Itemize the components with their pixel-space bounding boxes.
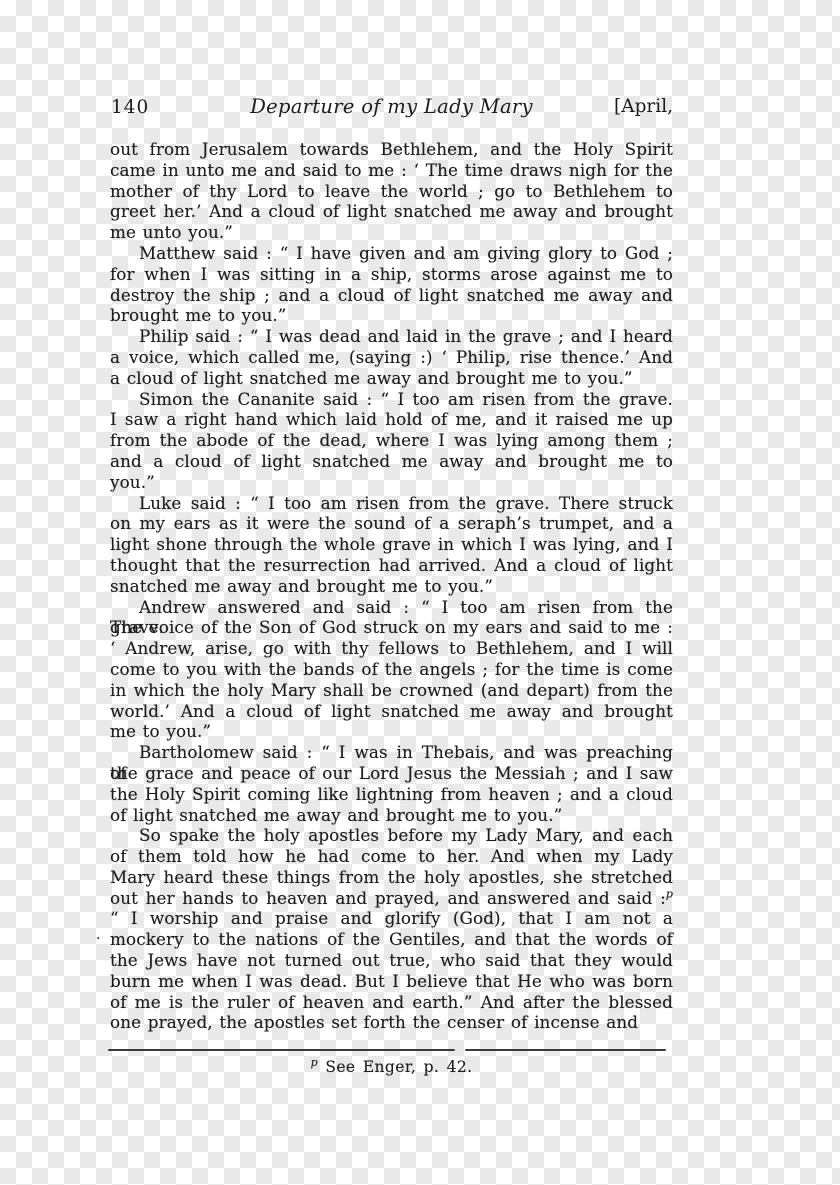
text-line: greet her.’ And a cloud of light snatche… <box>110 201 673 222</box>
text-line: from the abode of the dead, where I was … <box>110 430 673 451</box>
text-line: thought that the resurrection had arrive… <box>110 555 673 576</box>
text-line: ‘ Andrew, arise, go with thy fellows to … <box>110 638 673 659</box>
text-line: I saw a right hand which laid hold of me… <box>110 409 673 430</box>
text-line: The voice of the Son of God struck on my… <box>110 617 673 638</box>
text-line: Luke said : “ I too am risen from the gr… <box>110 493 673 514</box>
text-line: Mary heard these things from the holy ap… <box>110 867 673 888</box>
text-line: of light snatched me away and brought me… <box>110 805 673 826</box>
text-line: Andrew answered and said : “ I too am ri… <box>110 597 673 618</box>
footnote: p See Enger, p. 42. <box>110 1058 673 1076</box>
text-line: destroy the ship ; and a cloud of light … <box>110 285 673 306</box>
text-line: So spake the holy apostles before my Lad… <box>110 825 673 846</box>
scanned-page: 140 Departure of my Lady Mary [April, ou… <box>0 0 840 1185</box>
running-title: Departure of my Lady Mary <box>110 95 673 118</box>
text-line: on my ears as it were the sound of a ser… <box>110 513 673 534</box>
text-line: of them told how he had come to her. And… <box>110 846 673 867</box>
text-line: “ I worship and praise and glorify (God)… <box>110 908 673 929</box>
footnote-text: See Enger, p. 42. <box>325 1058 472 1076</box>
text-line: me to you.” <box>110 721 673 742</box>
text-line: mother of thy Lord to leave the world ; … <box>110 181 673 202</box>
text-line: of me is the ruler of heaven and earth.”… <box>110 992 673 1013</box>
text-line: Matthew said : “ I have given and am giv… <box>110 243 673 264</box>
text-line: came in unto me and said to me : ‘ The t… <box>110 160 673 181</box>
text-line: snatched me away and brought me to you.” <box>110 576 673 597</box>
footnote-marker: p <box>311 1056 318 1069</box>
text-line: Simon the Cananite said : “ I too am ris… <box>110 389 673 410</box>
text-line: for when I was sitting in a ship, storms… <box>110 264 673 285</box>
text-line: world.’ And a cloud of light snatched me… <box>110 701 673 722</box>
footnote-rule-left-segment <box>108 1049 455 1051</box>
text-line: in which the holy Mary shall be crowned … <box>110 680 673 701</box>
transparency-checkerboard: 140 Departure of my Lady Mary [April, ou… <box>0 0 840 1185</box>
text-line: brought me to you.” <box>110 305 673 326</box>
page-number: 140 <box>111 97 149 118</box>
text-line: a cloud of light snatched me away and br… <box>110 368 673 389</box>
text-line: Bartholomew said : “ I was in Thebais, a… <box>110 742 673 763</box>
text-line: a voice, which called me, (saying :) ‘ P… <box>110 347 673 368</box>
margin-dot-artifact: · <box>96 929 101 950</box>
text-line: light shone through the whole grave in w… <box>110 534 673 555</box>
text-line: out her hands to heaven and prayed, and … <box>110 888 673 909</box>
text-line: the grace and peace of our Lord Jesus th… <box>110 763 673 784</box>
text-line: the Jews have not turned out true, who s… <box>110 950 673 971</box>
page-header: 140 Departure of my Lady Mary [April, <box>110 95 673 121</box>
body-text: out from Jerusalem towards Bethlehem, an… <box>110 139 673 1033</box>
text-line: you.” <box>110 472 673 493</box>
text-line: and a cloud of light snatched me away an… <box>110 451 673 472</box>
text-line: come to you with the bands of the angels… <box>110 659 673 680</box>
text-line: me unto you.” <box>110 222 673 243</box>
text-line: ·mockery to the nations of the Gentiles,… <box>110 929 673 950</box>
footnote-marker-inline: p <box>666 887 673 900</box>
text-line: burn me when I was dead. But I believe t… <box>110 971 673 992</box>
text-line: one prayed, the apostles set forth the c… <box>110 1012 673 1033</box>
issue-date-label: [April, <box>614 96 673 117</box>
footnote-rule-right-segment <box>465 1049 666 1051</box>
text-line: Philip said : “ I was dead and laid in t… <box>110 326 673 347</box>
text-line: out from Jerusalem towards Bethlehem, an… <box>110 139 673 160</box>
text-line: the Holy Spirit coming like lightning fr… <box>110 784 673 805</box>
